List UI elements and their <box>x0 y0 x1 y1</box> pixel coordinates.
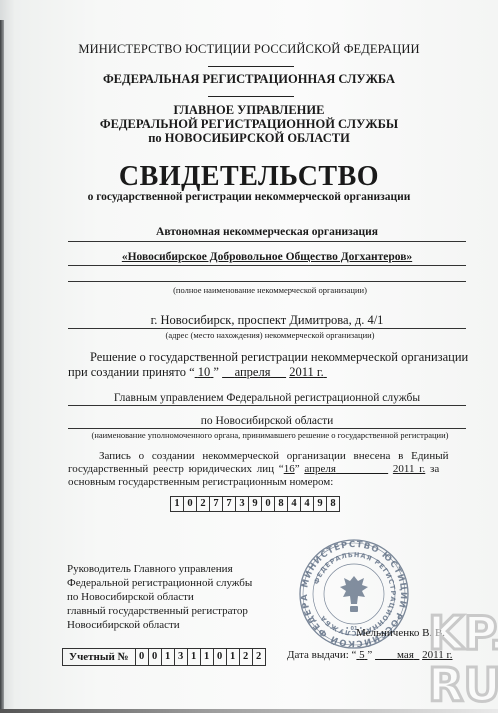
registry-line-2: государственный реестр юридических лиц “… <box>68 463 439 475</box>
signer-title-line: главный государственный регистратор <box>67 604 252 618</box>
ministry-header: МИНИСТЕРСТВО ЮСТИЦИИ РОССИЙСКОЙ ФЕДЕРАЦИ… <box>0 42 498 57</box>
decision-quote: ” <box>213 365 219 379</box>
ogrn-digit: 7 <box>223 497 236 511</box>
issue-day-value: 5 <box>359 649 365 661</box>
account-digit: 0 <box>136 649 149 665</box>
decision-day: 10 <box>195 365 214 379</box>
department-line: ГЛАВНОЕ УПРАВЛЕНИЕ <box>0 103 498 117</box>
ogrn-digit: 0 <box>184 497 197 511</box>
account-digit: 3 <box>175 649 188 665</box>
ogrn-digit: 4 <box>288 497 301 511</box>
ogrn-digit: 4 <box>301 497 314 511</box>
issue-label: Дата выдачи: “ <box>287 649 356 661</box>
signer-title-line: по Новосибирской области <box>67 590 252 604</box>
page-shadow-bottom <box>0 709 498 713</box>
ogrn-digit: 8 <box>275 497 288 511</box>
ogrn-number: 1 0 2 7 7 3 9 0 8 4 4 9 8 <box>170 496 340 512</box>
kp-ru-watermark-icon: KP. RU <box>428 603 498 713</box>
account-digit: 1 <box>201 649 214 665</box>
header-divider <box>208 66 294 67</box>
organization-address: г. Новосибирск, проспект Димитрова, д. 4… <box>68 313 466 328</box>
issue-day: 5 <box>356 649 367 661</box>
decision-line-1: Решение о государственной регистрации не… <box>90 350 468 365</box>
registry-year: 2011 г. <box>393 463 425 475</box>
authority-caption: (наименование уполномоченного органа, пр… <box>60 430 480 440</box>
signer-title: Руководитель Главного управления Федерал… <box>67 562 252 632</box>
account-digit: 1 <box>162 649 175 665</box>
account-label: Учетный № <box>63 649 136 665</box>
decision-line-2: при создании принято “ 10 ” апреля 2011 … <box>68 365 327 380</box>
field-underline <box>68 281 466 282</box>
account-digit: 0 <box>149 649 162 665</box>
decision-month-value: апреля <box>235 365 271 379</box>
service-header: ФЕДЕРАЛЬНАЯ РЕГИСТРАЦИОННАЯ СЛУЖБА <box>0 72 498 87</box>
ogrn-digit: 9 <box>249 497 262 511</box>
document-subtitle: о государственной регистрации некоммерче… <box>0 191 498 203</box>
account-digit: 2 <box>240 649 253 665</box>
field-underline <box>68 265 466 266</box>
ogrn-digit: 1 <box>171 497 184 511</box>
account-digit: 1 <box>188 649 201 665</box>
svg-text:RU: RU <box>428 658 498 712</box>
authority-line-2: по Новосибирской области <box>68 415 466 427</box>
decision-year: 2011 г. <box>289 365 324 379</box>
organization-name: «Новосибирское Добровольное Общество Дог… <box>68 251 466 263</box>
organization-type: Автономная некоммерческая организация <box>68 226 466 238</box>
registry-line-1: Запись о создании некоммерческой организ… <box>99 450 448 462</box>
account-digit: 0 <box>214 649 227 665</box>
department-line: по НОВОСИБИРСКОЙ ОБЛАСТИ <box>0 131 498 145</box>
field-underline <box>68 241 466 242</box>
account-digit: 1 <box>227 649 240 665</box>
department-line: ФЕДЕРАЛЬНОЙ РЕГИСТРАЦИОННОЙ СЛУЖБЫ <box>0 117 498 131</box>
ogrn-digit: 0 <box>262 497 275 511</box>
field-underline <box>68 428 466 429</box>
registry-prefix: государственный реестр юридических лиц “ <box>68 463 284 475</box>
registry-month-value: апреля <box>304 463 336 475</box>
decision-day-value: 10 <box>198 365 211 379</box>
header-divider <box>208 96 294 97</box>
ogrn-digit: 2 <box>197 497 210 511</box>
svg-text:KP.: KP. <box>428 606 498 660</box>
field-underline <box>68 328 466 329</box>
signer-title-line: Федеральной регистрационной службы <box>67 576 252 590</box>
signer-title-line: Новосибирской области <box>67 618 252 632</box>
registry-line-3: основным государственным регистрационным… <box>68 476 333 488</box>
registry-suffix: за <box>430 463 439 475</box>
registry-day: 16 <box>284 463 295 475</box>
organization-name-caption: (полное наименование некоммерческой орга… <box>60 285 480 295</box>
registry-month: апреля <box>304 463 388 475</box>
issue-month: мая <box>375 649 419 661</box>
authority-line-1: Главным управлением Федеральной регистра… <box>68 392 466 404</box>
certificate-page: МИНИСТЕРСТВО ЮСТИЦИИ РОССИЙСКОЙ ФЕДЕРАЦИ… <box>0 0 498 713</box>
account-digit: 2 <box>253 649 265 665</box>
ogrn-digit: 3 <box>236 497 249 511</box>
issue-month-value: мая <box>397 649 414 661</box>
field-underline <box>68 405 466 406</box>
issue-quote: ” <box>367 649 372 661</box>
document-title: СВИДЕТЕЛЬСТВО <box>0 161 498 193</box>
signer-title-line: Руководитель Главного управления <box>67 562 252 576</box>
ogrn-digit: 9 <box>314 497 327 511</box>
account-number: Учетный № 0 0 1 3 1 1 0 1 2 2 <box>62 648 266 666</box>
department-header: ГЛАВНОЕ УПРАВЛЕНИЕ ФЕДЕРАЛЬНОЙ РЕГИСТРАЦ… <box>0 103 498 145</box>
registry-quote: ” <box>295 463 300 475</box>
organization-address-caption: (адрес (место нахождения) некоммерческой… <box>60 330 480 340</box>
ogrn-digit: 7 <box>210 497 223 511</box>
decision-prefix: при создании принято “ <box>68 365 195 379</box>
ogrn-digit: 8 <box>327 497 339 511</box>
decision-month: апреля <box>222 365 286 379</box>
